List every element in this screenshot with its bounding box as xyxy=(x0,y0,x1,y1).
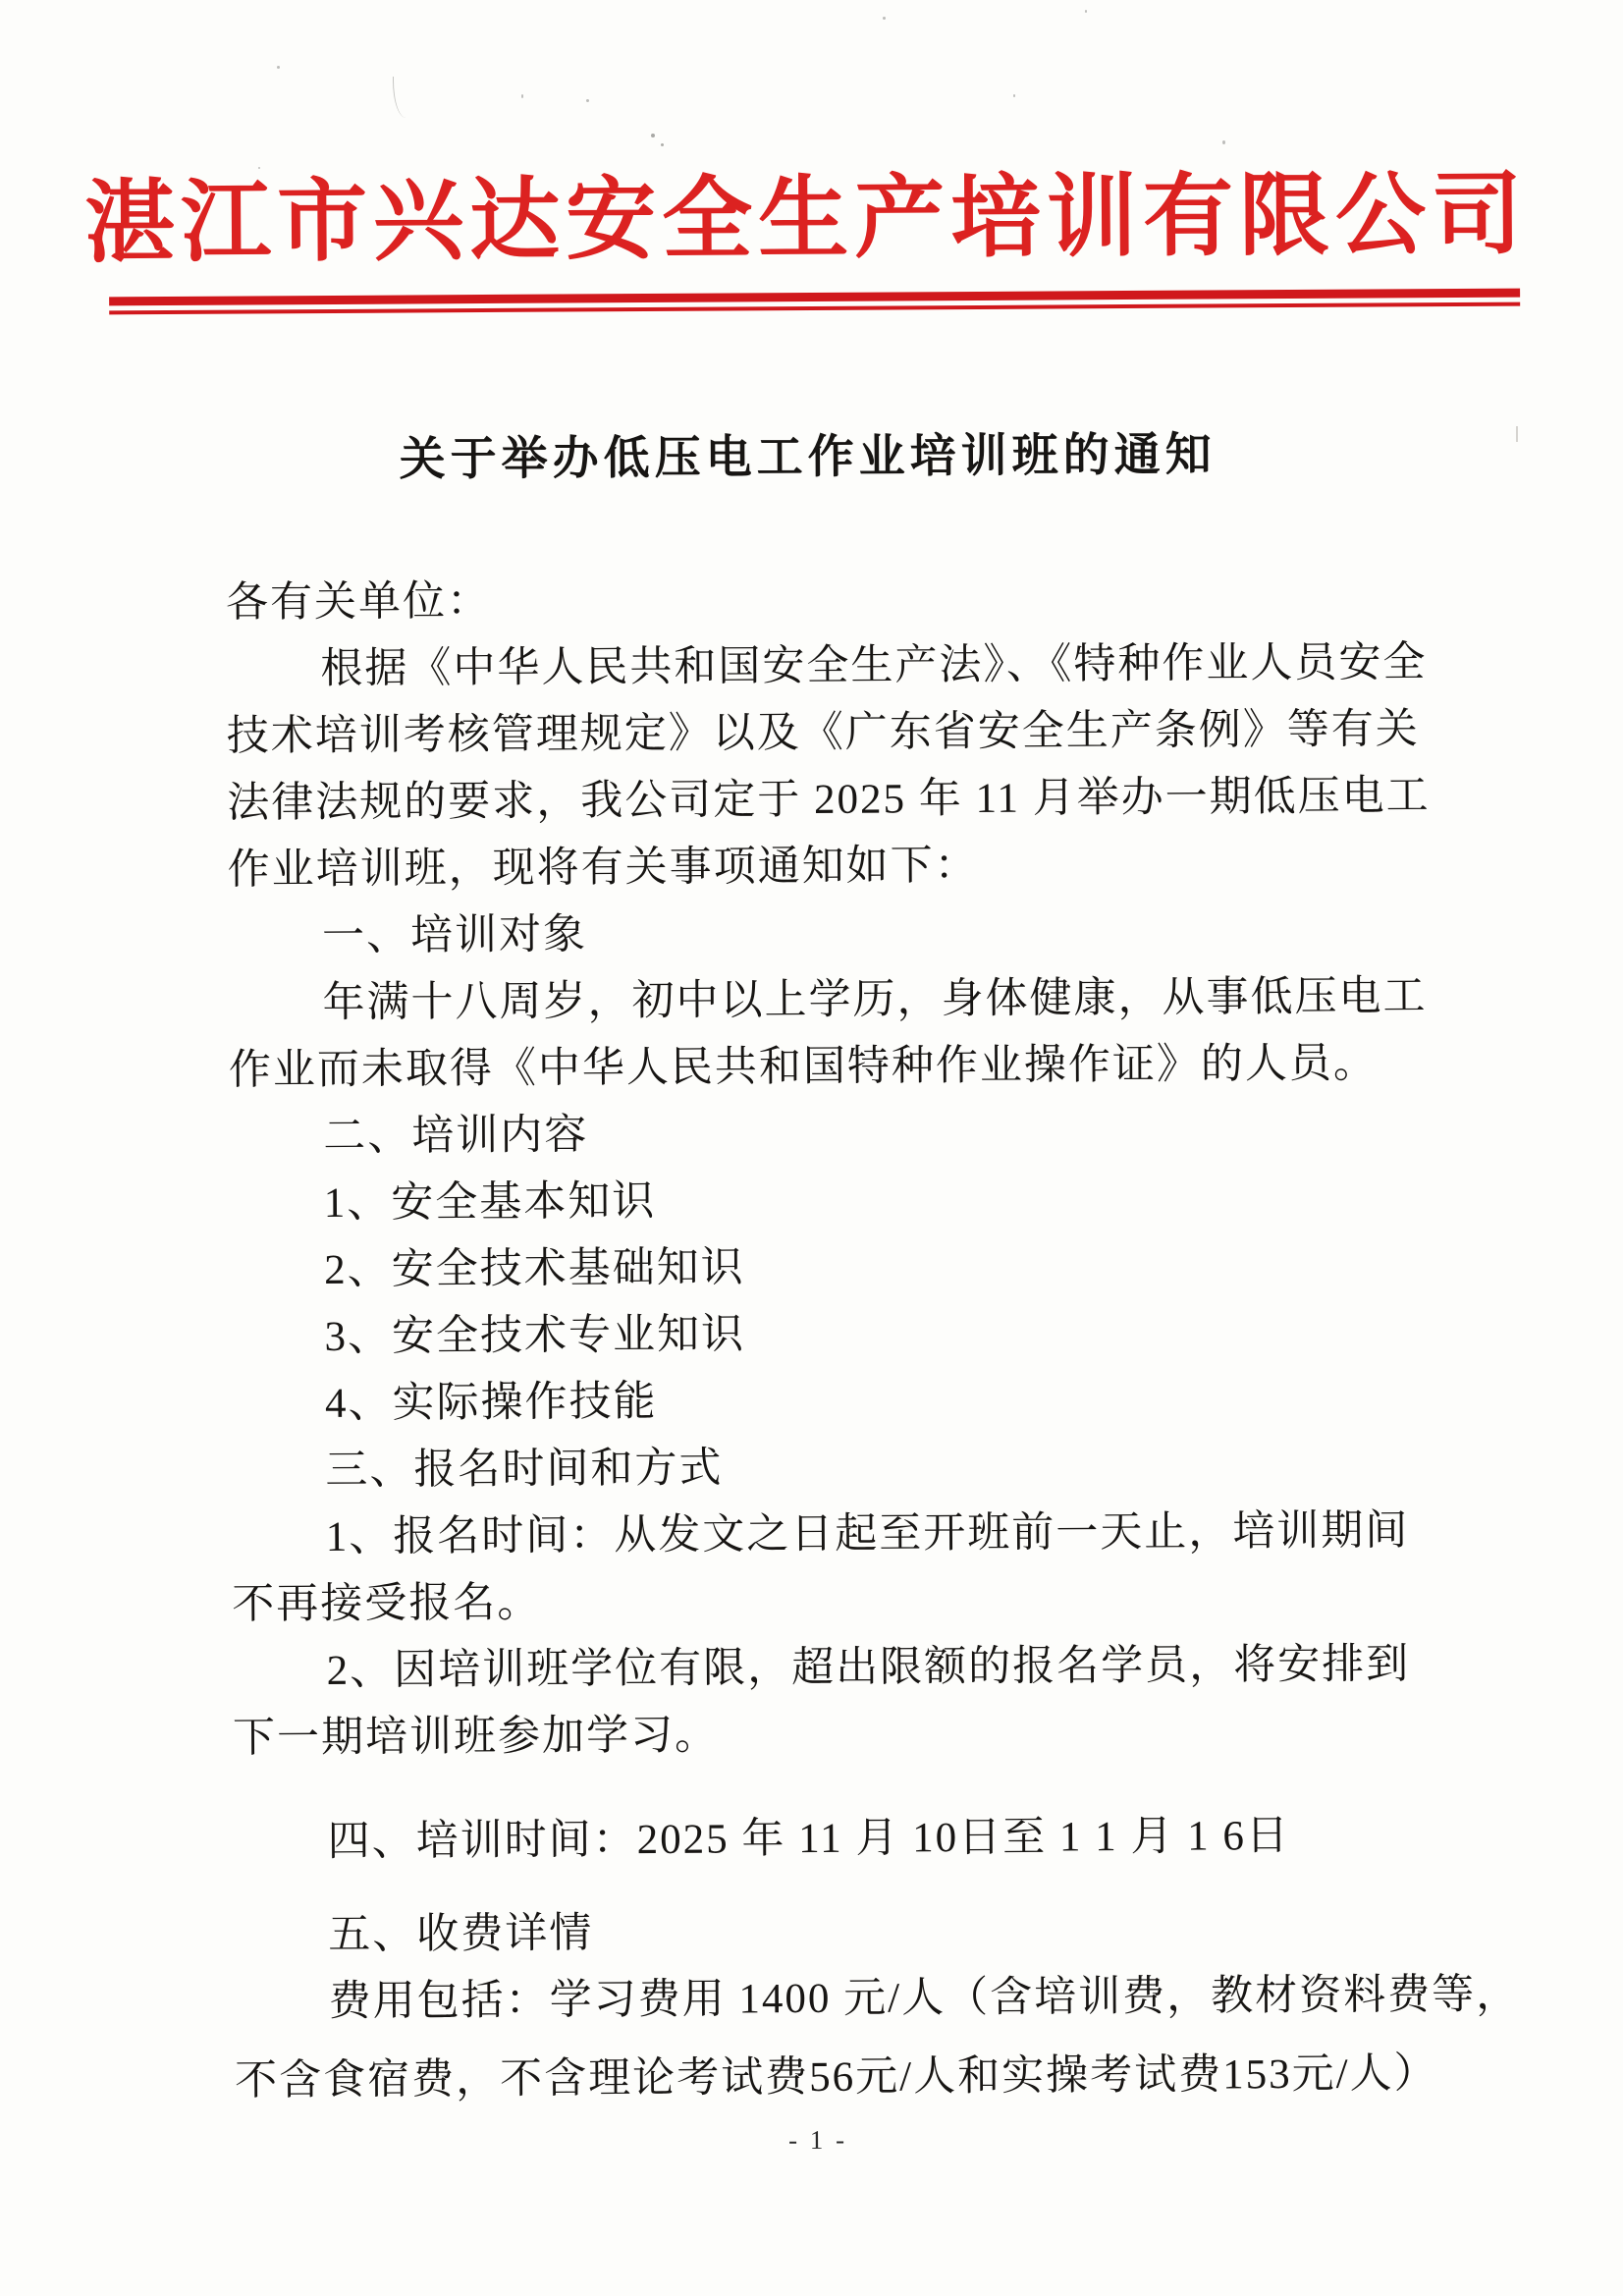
section-3-heading: 三、报名时间和方式 xyxy=(231,1431,1424,1504)
salutation-line: 各有关单位： xyxy=(226,563,1419,636)
intro-paragraph-line: 技术培训考核管理规定》以及《广东省安全生产条例》等有关 xyxy=(227,696,1420,770)
scan-speck xyxy=(883,17,886,20)
document-page: 湛江市兴达安全生产培训有限公司 关于举办低压电工作业培训班的通知 各有关单位： … xyxy=(0,0,1623,2296)
fee-detail-line: 费用包括：学习费用 1400 元/人（含培训费，教材资料费等， xyxy=(235,1962,1428,2036)
scan-edge-mark xyxy=(1516,426,1518,442)
scan-speck xyxy=(521,94,523,98)
training-content-item: 3、安全技术专业知识 xyxy=(230,1297,1423,1371)
notice-title: 关于举办低压电工作业培训班的通知 xyxy=(0,425,1619,490)
scan-speck xyxy=(1085,10,1087,13)
registration-time-line: 1、报名时间：从发文之日起至开班前一天止，培训期间 xyxy=(232,1498,1425,1571)
scan-speck xyxy=(586,99,589,102)
trainee-criteria-line: 年满十八周岁，初中以上学历，身体健康，从事低压电工 xyxy=(228,963,1421,1037)
training-content-item: 2、安全技术基础知识 xyxy=(230,1230,1423,1304)
page-number: - 1 - xyxy=(7,2118,1623,2161)
intro-paragraph-line: 法律法规的要求，我公司定于 2025 年 11 月举办一期低压电工 xyxy=(227,763,1420,837)
scan-speck xyxy=(277,66,280,69)
fee-detail-line: 不含食宿费，不含理论考试费56元/人和实操考试费153元/人） xyxy=(235,2041,1428,2114)
scanned-sheet: 湛江市兴达安全生产培训有限公司 关于举办低压电工作业培训班的通知 各有关单位： … xyxy=(0,0,1623,2296)
training-content-item: 4、实际操作技能 xyxy=(231,1364,1424,1438)
registration-quota-line: 下一期培训班参加学习。 xyxy=(233,1698,1426,1772)
section-5-heading: 五、收费详情 xyxy=(234,1895,1427,1969)
scan-speck xyxy=(1222,140,1225,144)
training-content-item: 1、安全基本知识 xyxy=(230,1164,1423,1237)
intro-paragraph-line: 根据《中华人民共和国安全生产法》、《特种作业人员安全 xyxy=(226,629,1419,703)
intro-paragraph-line: 作业培训班，现将有关事项通知如下： xyxy=(227,830,1420,903)
section-4-heading: 四、培训时间：2025 年 11 月 10日至 1 1 月 1 6日 xyxy=(234,1802,1427,1876)
notice-body: 各有关单位： 根据《中华人民共和国安全生产法》、《特种作业人员安全 技术培训考核… xyxy=(226,563,1429,2114)
registration-quota-line: 2、因培训班学位有限，超出限额的报名学员，将安排到 xyxy=(232,1631,1425,1705)
scan-speck xyxy=(1013,94,1015,97)
scan-speck xyxy=(258,167,260,169)
registration-time-line: 不再接受报名。 xyxy=(232,1564,1425,1638)
section-2-heading: 二、培训内容 xyxy=(229,1097,1422,1171)
letterhead-company-name: 湛江市兴达安全生产培训有限公司 xyxy=(0,164,1618,275)
scan-speck xyxy=(651,134,655,137)
trainee-criteria-line: 作业而未取得《中华人民共和国特种作业操作证》的人员。 xyxy=(229,1030,1422,1104)
section-1-heading: 一、培训对象 xyxy=(228,897,1421,970)
scan-speck xyxy=(661,143,664,146)
